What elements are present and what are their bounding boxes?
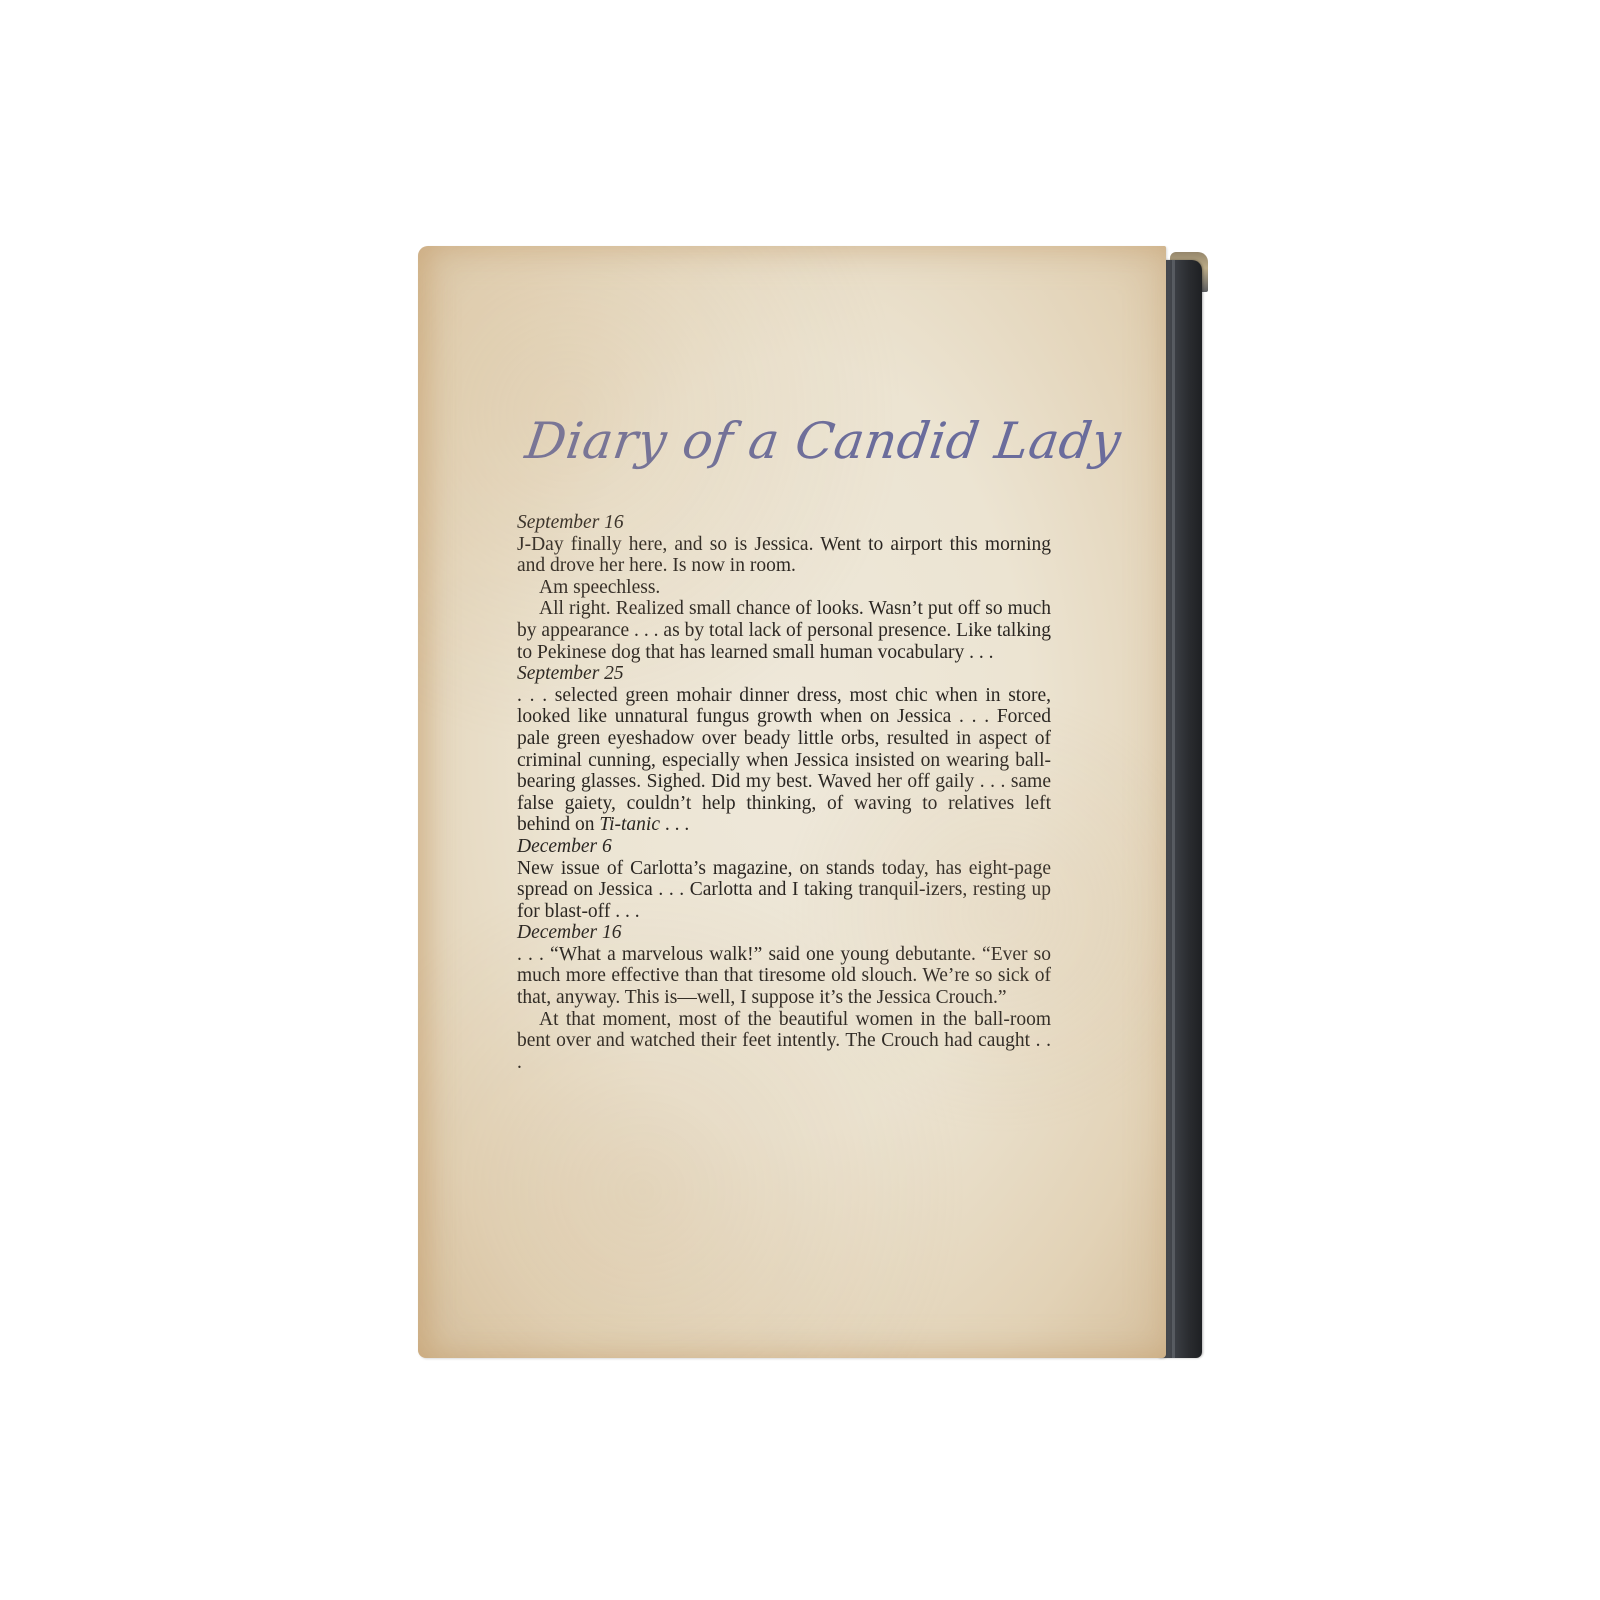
- entry-paragraph: . . . “What a marvelous walk!” said one …: [517, 944, 1051, 1009]
- diary-excerpt: September 16 J-Day finally here, and so …: [517, 512, 1051, 1073]
- diary-entry: September 16 J-Day finally here, and so …: [517, 512, 1051, 663]
- entry-date: September 25: [517, 663, 1051, 685]
- entry-paragraph: New issue of Carlotta’s magazine, on sta…: [517, 858, 1051, 923]
- entry-paragraph: At that moment, most of the beautiful wo…: [517, 1009, 1051, 1074]
- entry-date: December 16: [517, 922, 1051, 944]
- entry-date: September 16: [517, 512, 1051, 534]
- dust-jacket-back: Diary of a Candid Lady September 16 J-Da…: [418, 246, 1166, 1358]
- book-title: Diary of a Candid Lady: [522, 412, 1070, 470]
- paragraph-text: . . . selected green mohair dinner dress…: [517, 685, 1051, 836]
- ship-name: Ti-tanic: [599, 814, 660, 835]
- book-back-cover: Diary of a Candid Lady September 16 J-Da…: [418, 246, 1208, 1358]
- entry-paragraph: . . . selected green mohair dinner dress…: [517, 685, 1051, 836]
- entry-date: December 6: [517, 836, 1051, 858]
- diary-entry: September 25 . . . selected green mohair…: [517, 663, 1051, 836]
- diary-entry: December 6 New issue of Carlotta’s magaz…: [517, 836, 1051, 922]
- ellipsis: . . .: [660, 814, 689, 835]
- entry-paragraph: Am speechless.: [517, 577, 1051, 599]
- diary-entry: December 16 . . . “What a marvelous walk…: [517, 922, 1051, 1073]
- entry-paragraph: J-Day finally here, and so is Jessica. W…: [517, 534, 1051, 577]
- entry-paragraph: All right. Realized small chance of look…: [517, 598, 1051, 663]
